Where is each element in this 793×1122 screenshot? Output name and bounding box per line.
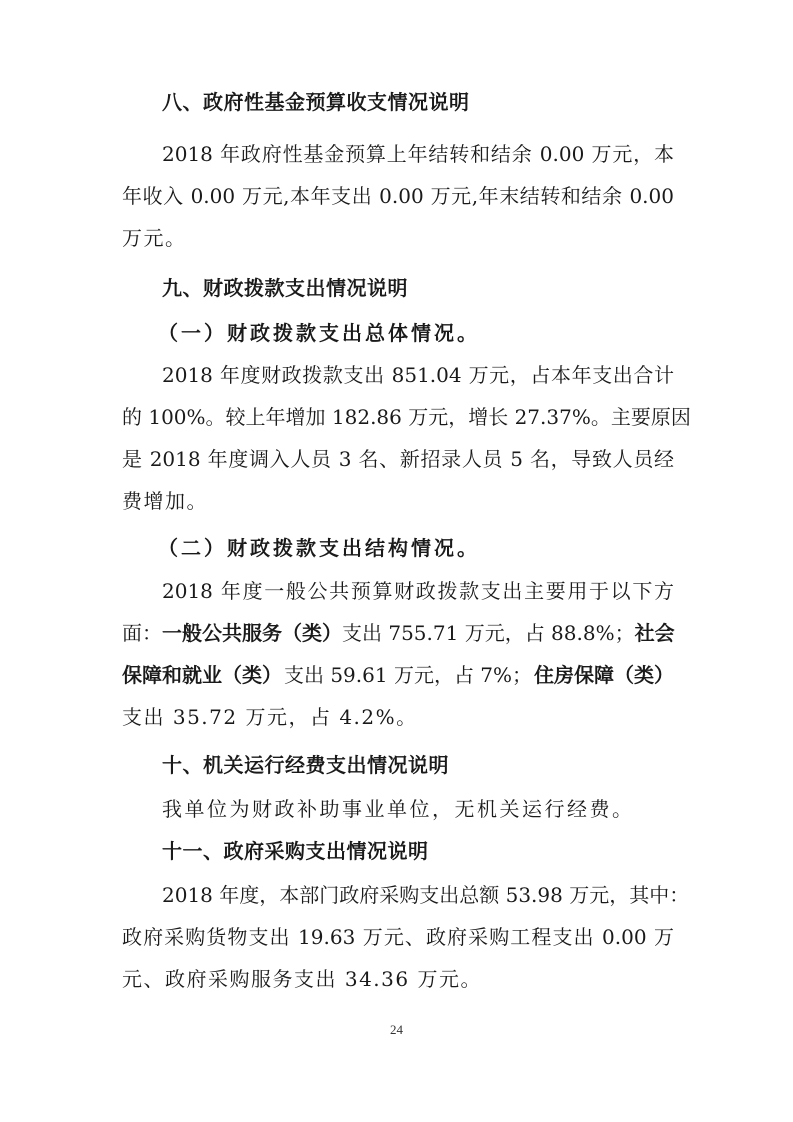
paragraph-line: 2018 年度财政拨款支出 851.04 万元，占本年支出合计 — [162, 362, 674, 388]
text: 支出 755.71 万元，占 88.8%； — [342, 621, 635, 645]
section-heading-11: 十一、政府采购支出情况说明 — [162, 838, 429, 864]
category-label: 住房保障（类） — [534, 662, 674, 688]
category-label: 保障和就业（类） — [122, 662, 282, 688]
paragraph-line: 政府采购货物支出 19.63 万元、政府采购工程支出 0.00 万 — [122, 924, 674, 950]
paragraph-line: 是 2018 年度调入人员 3 名、新招录人员 5 名，导致人员经 — [122, 446, 674, 472]
paragraph-line: 年收入 0.00 万元,本年支出 0.00 万元,年末结转和结余 0.00 — [122, 183, 674, 209]
section-heading-10: 十、机关运行经费支出情况说明 — [162, 752, 449, 778]
paragraph-line: 万元。 — [122, 225, 674, 251]
text: 面： — [122, 621, 162, 645]
subsection-heading-9-2: （二）财政拨款支出结构情况。 — [158, 535, 480, 561]
paragraph-line: 的 100%。较上年增加 182.86 万元，增长 27.37%。主要原因 — [122, 404, 674, 430]
paragraph-line: 面：一般公共服务（类）支出 755.71 万元，占 88.8%； 社会 — [122, 620, 674, 646]
category-label: 一般公共服务（类） — [162, 621, 342, 645]
paragraph-line: 费增加。 — [122, 488, 674, 514]
paragraph-line: 支出 35.72 万元，占 4.2%。 — [122, 704, 674, 730]
subsection-heading-9-1: （一）财政拨款支出总体情况。 — [158, 320, 480, 346]
category-label: 社会 — [635, 620, 675, 646]
paragraph-line: 2018 年政府性基金预算上年结转和结余 0.00 万元，本 — [162, 141, 674, 167]
page-number: 24 — [0, 1022, 793, 1038]
paragraph-line: 2018 年度，本部门政府采购支出总额 53.98 万元，其中： — [162, 882, 674, 908]
paragraph-line: 保障和就业（类） 支出 59.61 万元，占 7%； 住房保障（类） — [122, 662, 674, 688]
text: 支出 59.61 万元，占 7%； — [284, 662, 532, 688]
paragraph-line: 元、政府采购服务支出 34.36 万元。 — [122, 966, 674, 992]
paragraph-line: 我单位为财政补助事业单位，无机关运行经费。 — [162, 796, 635, 822]
section-heading-8: 八、政府性基金预算收支情况说明 — [162, 89, 470, 115]
paragraph-line: 2018 年度一般公共预算财政拨款支出主要用于以下方 — [162, 578, 674, 604]
section-heading-9: 九、财政拨款支出情况说明 — [162, 275, 408, 301]
